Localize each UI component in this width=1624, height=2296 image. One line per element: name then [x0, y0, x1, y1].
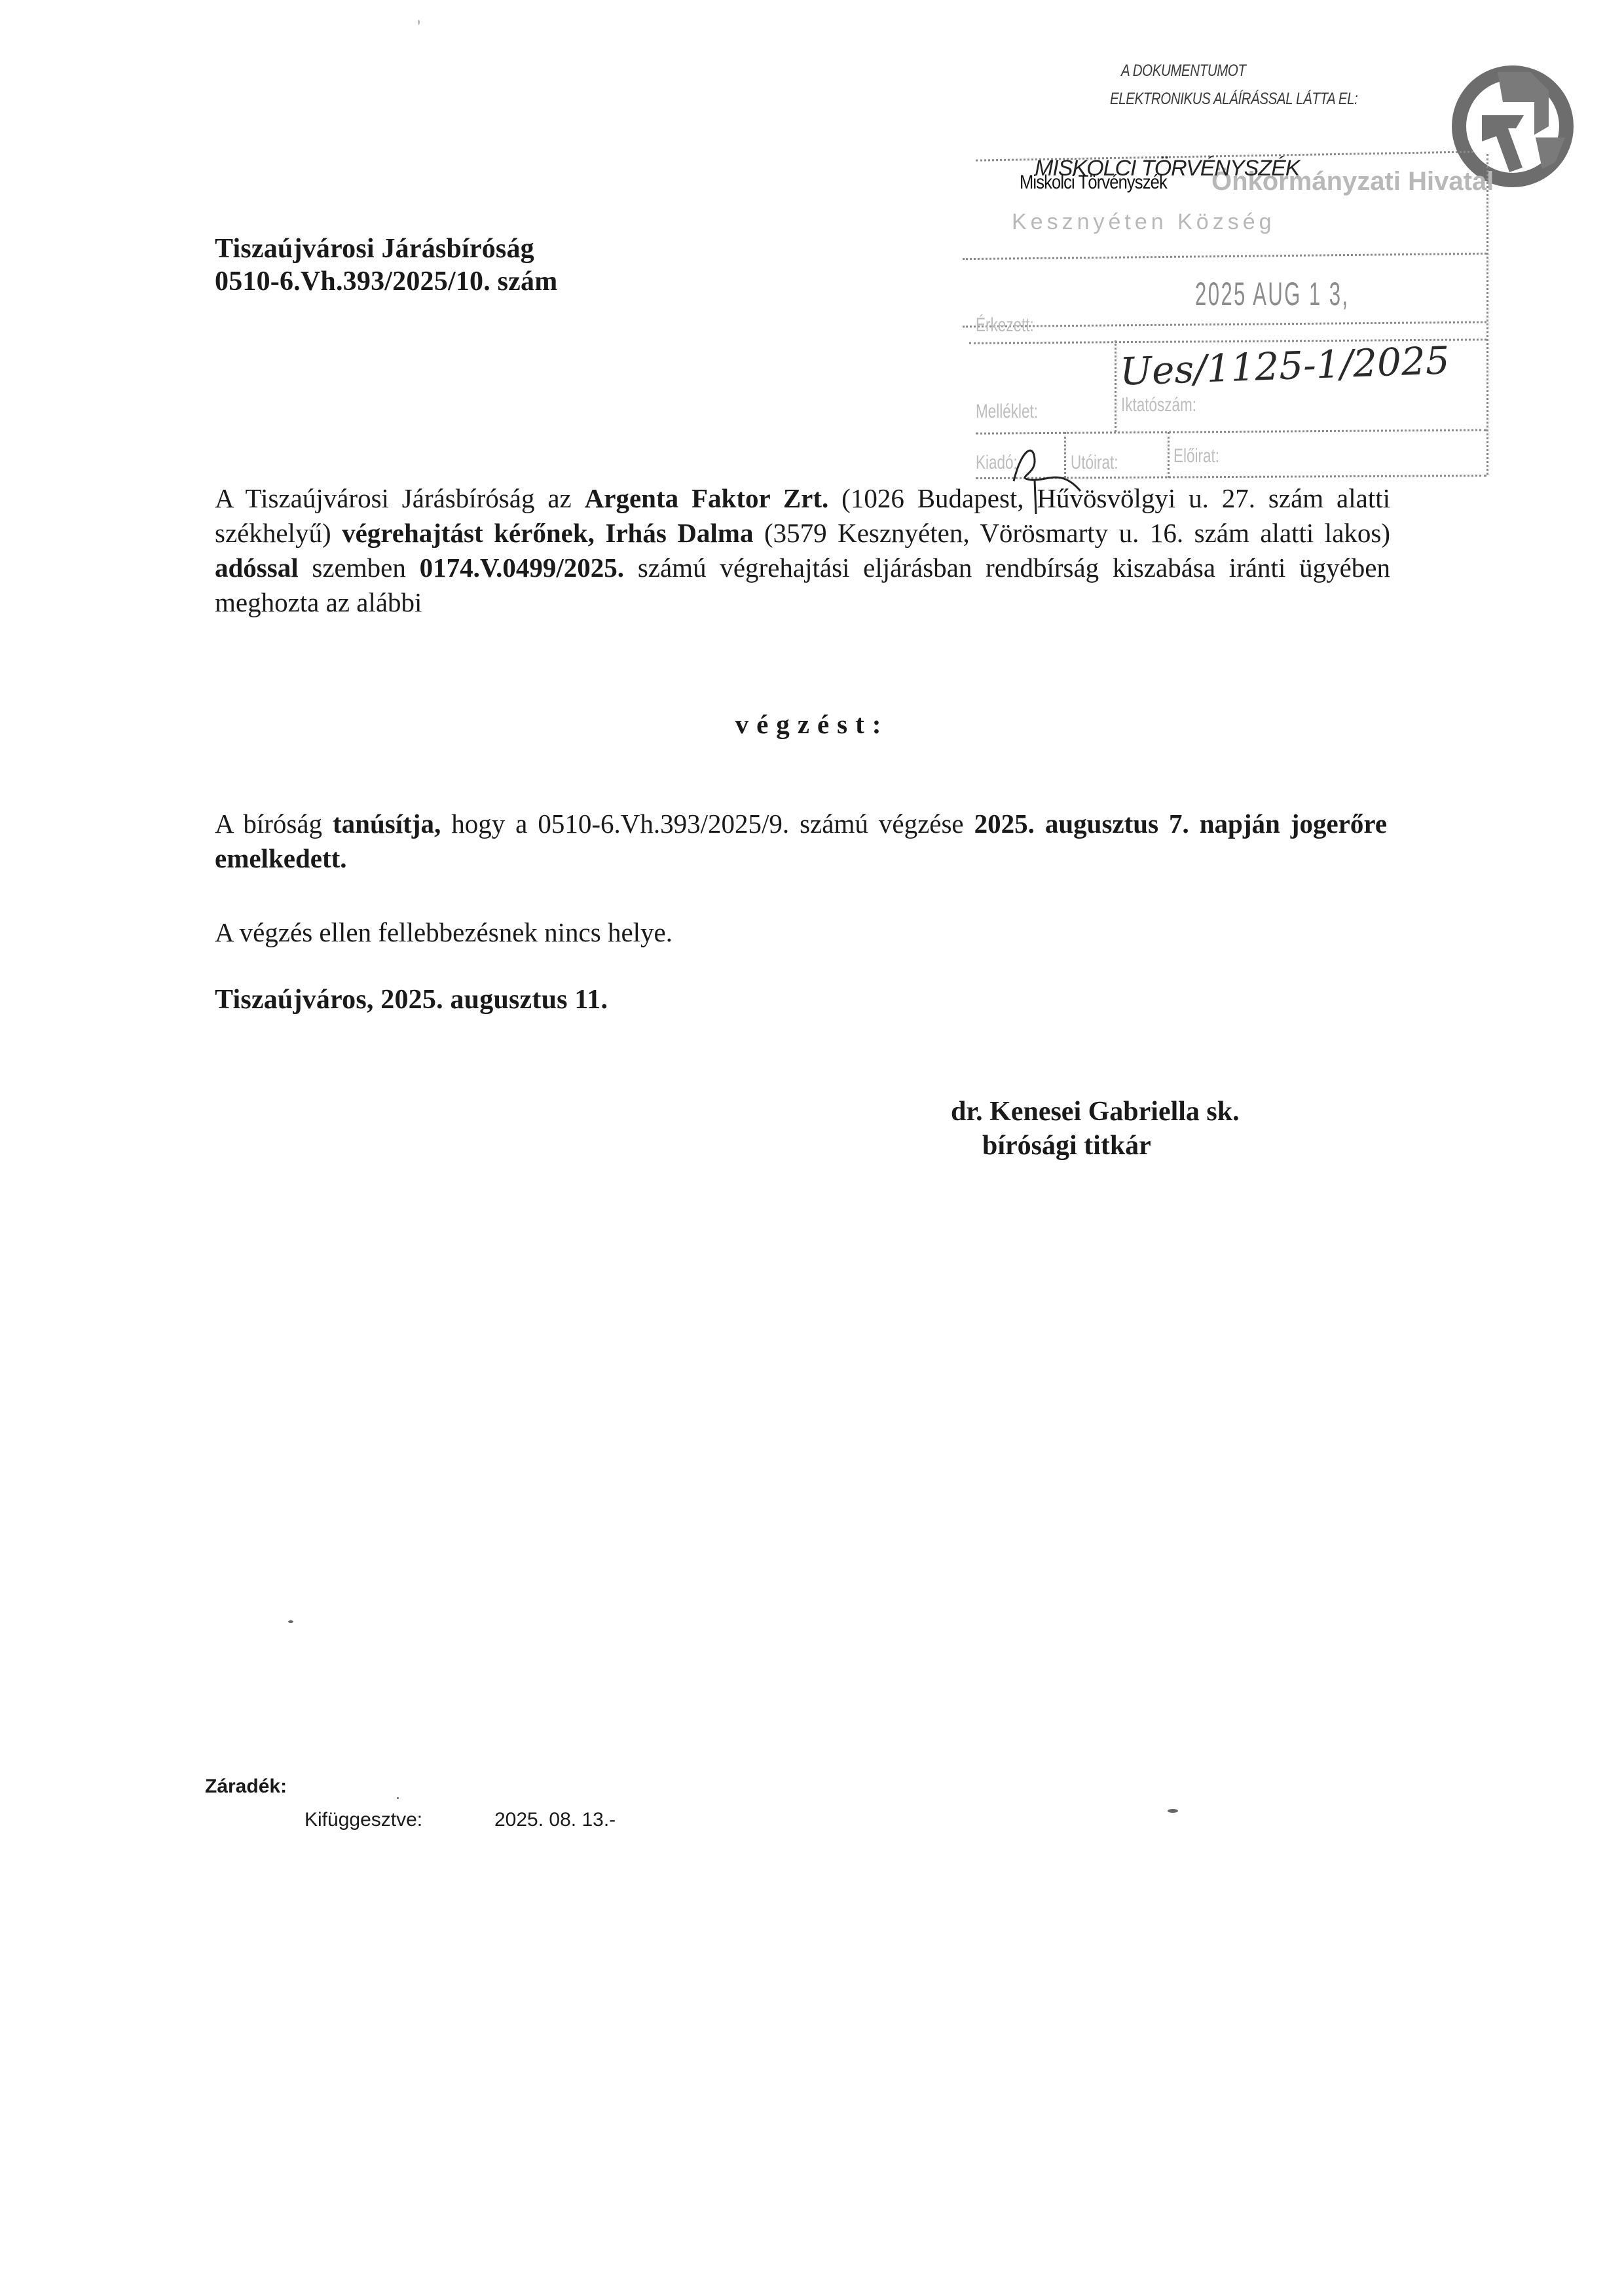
place-and-date: Tiszaújváros, 2025. augusztus 11. [215, 983, 608, 1016]
intro-text: A Tiszaújvárosi Járásbíróság az [215, 483, 585, 513]
appeal-note: A végzés ellen fellebbezésnek nincs hely… [215, 915, 1387, 950]
esignature-line-1: A DOKUMENTUMOT [1121, 62, 1246, 81]
signatory-title: bírósági titkár [982, 1129, 1151, 1163]
clause-label: Záradék: [205, 1776, 287, 1798]
court-name-mixed: Miskolci Törvényszék [1020, 172, 1167, 194]
intro-paragraph: A Tiszaújvárosi Járásbíróság az Argenta … [215, 481, 1390, 620]
case-number-heading: 0510-6.Vh.393/2025/10. szám [215, 265, 557, 298]
filing-number-label: Iktatószám: [1121, 394, 1196, 416]
stamp-divider [976, 429, 1486, 434]
procedure-number: 0174.V.0499/2025. [420, 553, 624, 583]
scan-speck [418, 20, 420, 25]
decision-text: A bíróság [215, 809, 333, 839]
handwritten-registration-number: Ues/1125-1/2025 [1119, 338, 1450, 394]
stamp-faded-locality: Kesznyéten Község [1012, 210, 1276, 235]
stamp-divider [963, 253, 1486, 260]
scan-speck [1168, 1809, 1178, 1813]
attachment-label: Melléklet: [976, 401, 1038, 423]
stamp-divider-vertical [1115, 340, 1116, 432]
certifies-text: tanúsítja, [333, 809, 441, 839]
stamp-border-right [1486, 154, 1488, 475]
posted-date: 2025. 08. 13.- [494, 1809, 616, 1831]
court-name-heading: Tiszaújvárosi Járásbíróság [215, 232, 534, 265]
decision-paragraph: A bíróság tanúsítja, hogy a 0510-6.Vh.39… [215, 807, 1387, 876]
pre-document-label: Előirat: [1173, 445, 1219, 467]
debtor-role: adóssal [215, 553, 299, 583]
decision-heading: végzést: [0, 708, 1624, 740]
scan-speck [288, 1620, 293, 1623]
intro-text: szemben [299, 553, 420, 583]
creditor-role-and-debtor-name: végrehajtást kérőnek, Irhás Dalma [342, 518, 753, 548]
received-label: Érkezett: [976, 314, 1034, 337]
decision-text: hogy a 0510-6.Vh.393/2025/9. számú végzé… [441, 809, 974, 839]
stamp-divider-vertical [1168, 432, 1170, 478]
received-date-stamp: 2025 AUG 1 3, [1195, 275, 1350, 313]
posted-label: Kifüggesztve: [304, 1809, 422, 1831]
scan-speck [397, 1797, 399, 1799]
esignature-line-2: ELEKTRONIKUS ALÁÍRÁSSAL LÁTTA EL: [1110, 90, 1357, 109]
signatory-name: dr. Kenesei Gabriella sk. [951, 1095, 1240, 1129]
stamp-divider [963, 321, 1486, 328]
intro-text: (3579 Kesznyéten, Vörösmarty u. 16. szám… [753, 518, 1390, 548]
creditor-name: Argenta Faktor Zrt. [585, 483, 829, 513]
